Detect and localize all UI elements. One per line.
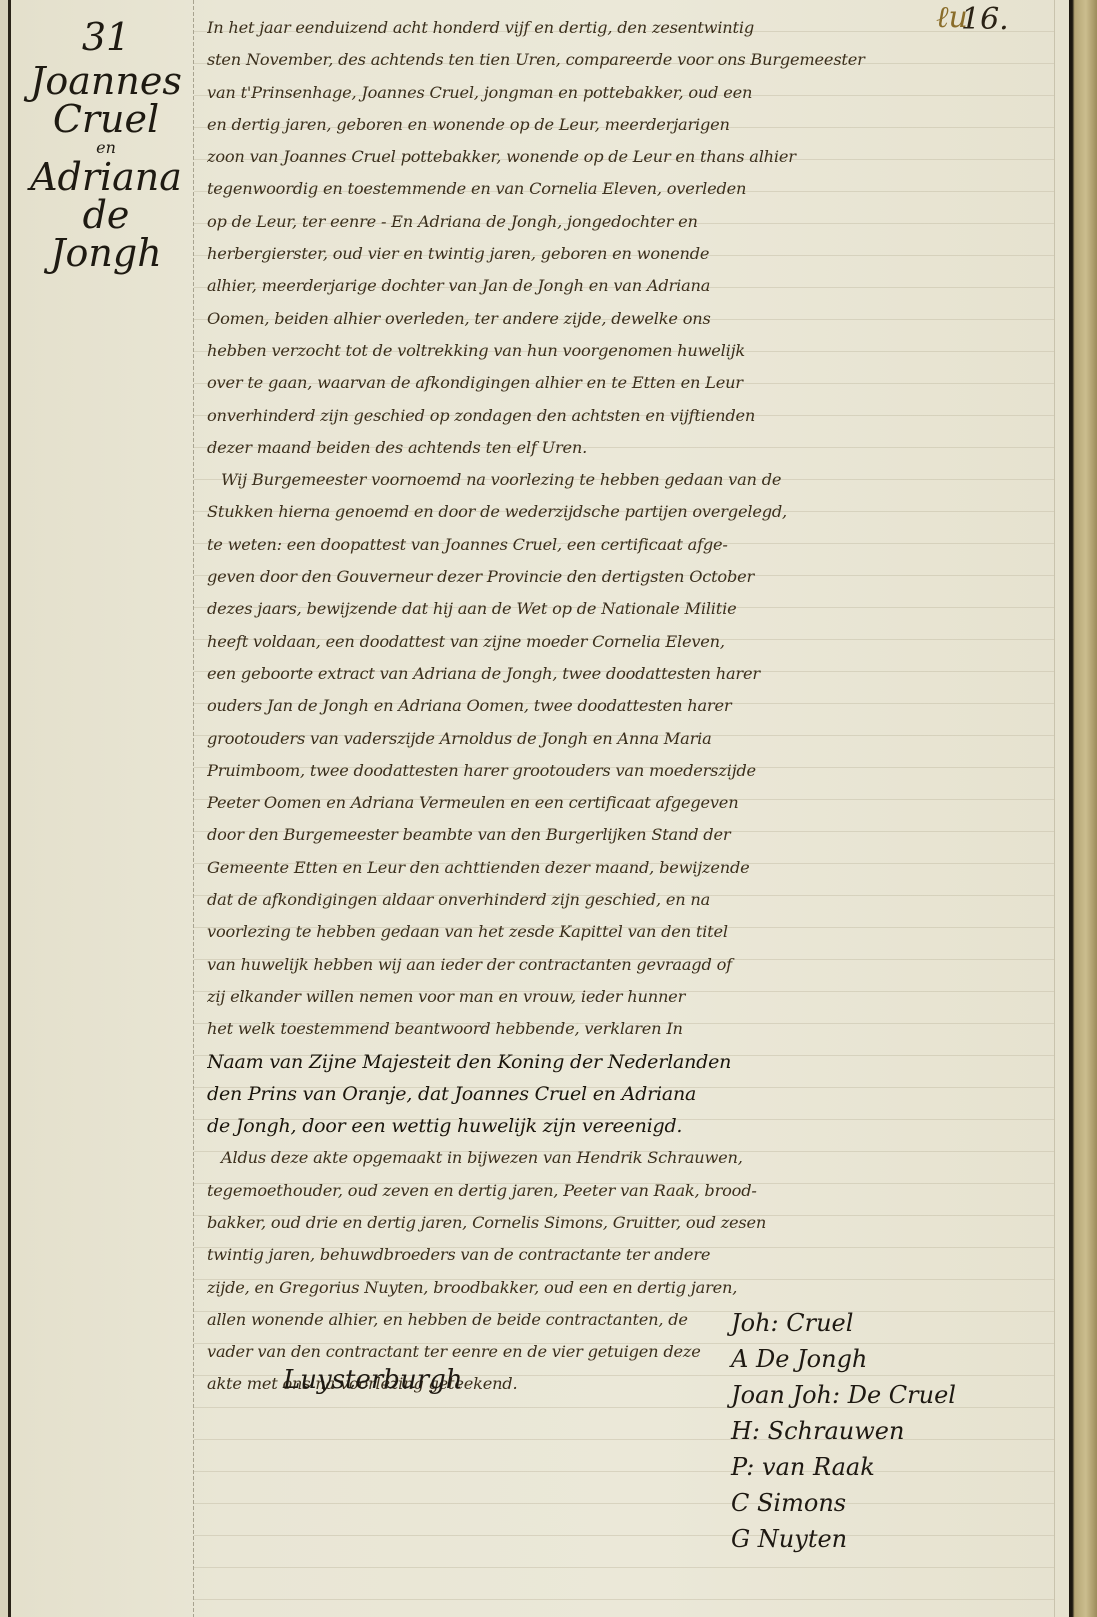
register-page: 31 Joannes Cruel en Adriana de Jongh ℓu … — [8, 0, 1071, 1617]
signature: P: van Raak — [731, 1449, 956, 1485]
text-line: tegemoethouder, oud zeven en dertig jare… — [207, 1175, 1052, 1207]
text-line: zijde, en Gregorius Nuyten, broodbakker,… — [207, 1272, 1052, 1304]
signature: A De Jongh — [731, 1341, 956, 1377]
text-line: ouders Jan de Jongh en Adriana Oomen, tw… — [207, 690, 1052, 722]
text-line: dat de afkondigingen aldaar onverhinderd… — [207, 884, 1052, 916]
party-signatures: Joh: Cruel A De Jongh Joan Joh: De Cruel… — [731, 1305, 956, 1557]
text-line: Peeter Oomen en Adriana Vermeulen en een… — [207, 787, 1052, 819]
text-line: over te gaan, waarvan de afkondigingen a… — [207, 367, 1052, 399]
groom-last-name: Cruel — [21, 100, 191, 138]
text-line: door den Burgemeester beambte van den Bu… — [207, 819, 1052, 851]
groom-first-name: Joannes — [21, 62, 191, 100]
text-line: de Jongh, door een wettig huwelijk zijn … — [207, 1110, 1052, 1142]
text-line: Naam van Zijne Majesteit den Koning der … — [207, 1046, 1052, 1078]
right-margin-rule — [1054, 0, 1055, 1617]
record-number: 31 — [21, 18, 191, 56]
text-line: tegenwoordig en toestemmende en van Corn… — [207, 173, 1052, 205]
signature: Joan Joh: De Cruel — [731, 1377, 956, 1413]
text-line: In het jaar eenduizend acht honderd vijf… — [207, 12, 1052, 44]
text-line: van t'Prinsenhage, Joannes Cruel, jongma… — [207, 77, 1052, 109]
bride-first-name: Adriana — [21, 158, 191, 196]
margin-rule — [193, 0, 194, 1617]
text-line: Oomen, beiden alhier overleden, ter ande… — [207, 303, 1052, 335]
text-line: dezer maand beiden des achtends ten elf … — [207, 432, 1052, 464]
text-line: alhier, meerderjarige dochter van Jan de… — [207, 270, 1052, 302]
bride-last-name: de Jongh — [21, 196, 191, 272]
text-line: en dertig jaren, geboren en wonende op d… — [207, 109, 1052, 141]
text-line: Aldus deze akte opgemaakt in bijwezen va… — [207, 1142, 1052, 1174]
text-line: grootouders van vaderszijde Arnoldus de … — [207, 723, 1052, 755]
text-line: van huwelijk hebben wij aan ieder der co… — [207, 949, 1052, 981]
text-line: zoon van Joannes Cruel pottebakker, wone… — [207, 141, 1052, 173]
text-line: een geboorte extract van Adriana de Jong… — [207, 658, 1052, 690]
text-line: heeft voldaan, een doodattest van zijne … — [207, 626, 1052, 658]
mayor-signature: Luysterburgh — [283, 1365, 463, 1395]
text-line: sten November, des achtends ten tien Ure… — [207, 44, 1052, 76]
conjunction: en — [21, 140, 191, 156]
text-line: Wij Burgemeester voornoemd na voorlezing… — [207, 464, 1052, 496]
text-line: den Prins van Oranje, dat Joannes Cruel … — [207, 1078, 1052, 1110]
text-line: Pruimboom, twee doodattesten harer groot… — [207, 755, 1052, 787]
text-line: te weten: een doopattest van Joannes Cru… — [207, 529, 1052, 561]
record-body: In het jaar eenduizend acht honderd vijf… — [207, 12, 1052, 1401]
margin-annotation: 31 Joannes Cruel en Adriana de Jongh — [21, 18, 191, 272]
text-line: hebben verzocht tot de voltrekking van h… — [207, 335, 1052, 367]
text-line: bakker, oud drie en dertig jaren, Cornel… — [207, 1207, 1052, 1239]
text-line: twintig jaren, behuwdbroeders van de con… — [207, 1239, 1052, 1271]
text-line: dezes jaars, bewijzende dat hij aan de W… — [207, 593, 1052, 625]
signature: C Simons — [731, 1485, 956, 1521]
text-line: Gemeente Etten en Leur den achttienden d… — [207, 852, 1052, 884]
text-line: onverhinderd zijn geschied op zondagen d… — [207, 400, 1052, 432]
text-line: het welk toestemmend beantwoord hebbende… — [207, 1013, 1052, 1045]
signature: G Nuyten — [731, 1521, 956, 1557]
text-line: voorlezing te hebben gedaan van het zesd… — [207, 916, 1052, 948]
text-line: geven door den Gouverneur dezer Provinci… — [207, 561, 1052, 593]
text-line: zij elkander willen nemen voor man en vr… — [207, 981, 1052, 1013]
book-binding-edge — [1069, 0, 1097, 1617]
signature: Joh: Cruel — [731, 1305, 956, 1341]
text-line: Stukken hierna genoemd en door de wederz… — [207, 496, 1052, 528]
text-line: herbergierster, oud vier en twintig jare… — [207, 238, 1052, 270]
text-line: op de Leur, ter eenre - En Adriana de Jo… — [207, 206, 1052, 238]
signature: H: Schrauwen — [731, 1413, 956, 1449]
